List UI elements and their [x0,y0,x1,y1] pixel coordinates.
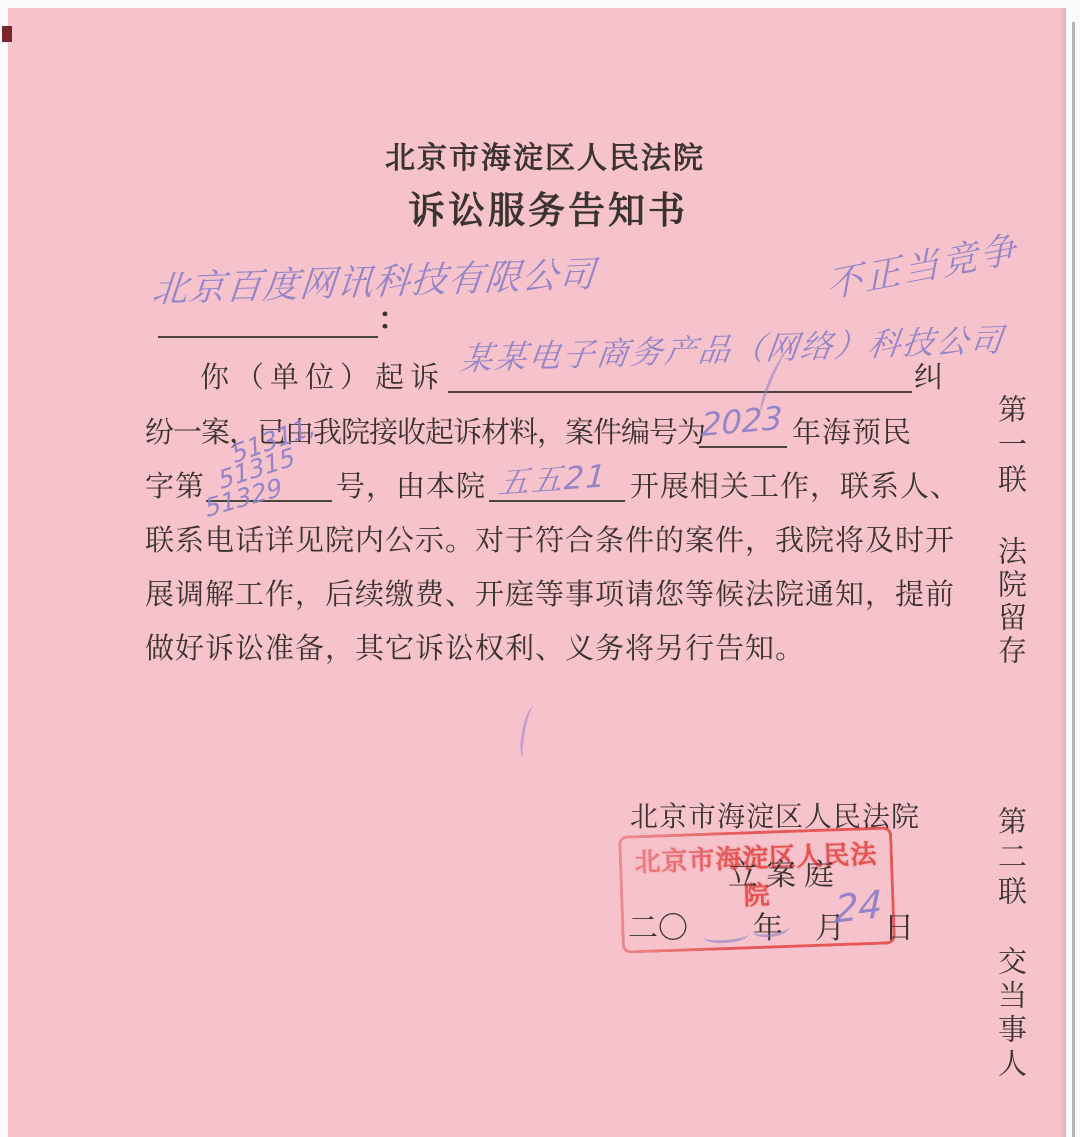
document-title: 诉讼服务告知书 [408,180,688,234]
addressee-colon: ： [378,294,408,338]
date-prefix: 二〇 [628,903,688,947]
paper-edge-shadow [1060,8,1066,1137]
case-year-underline [699,446,787,448]
handwritten-handler: 五五21 [497,450,609,503]
line1-blank-underline [448,391,912,393]
side-label-second-copy: 第二联 [990,806,1031,911]
body-line5: 展调解工作，后续缴费、开庭等事项请您等候法院通知，提前 [145,572,955,613]
signature-department: 立案庭 [728,850,842,894]
body-line6: 做好诉讼准备，其它诉讼权利、义务将另行告知。 [145,626,805,667]
handwritten-day: 24 [834,882,883,932]
body-line1-suffix: 纠 [914,355,944,396]
body-line3-suffix: 开展相关工作，联系人、 [630,464,960,505]
side-label-second-holder: 交当事人 [990,946,1031,1082]
scan-edge-line [1072,22,1075,1137]
scan-corner-artifact [2,26,12,42]
body-line1-prefix: 你（单位）起诉 [200,355,445,396]
court-name-title: 北京市海淀区人民法院 [385,133,705,177]
body-line4: 联系电话详见院内公示。对于符合条件的案件，我院将及时开 [145,518,955,559]
side-label-first-copy: 第一联 [990,394,1031,499]
body-line2-suffix: 年海预民 [792,410,912,451]
side-label-first-holder: 法院留存 [990,536,1031,668]
body-line3-mid: 号，由本院 [336,464,486,505]
body-line3-prefix: 字第 [145,464,205,505]
addressee-underline [158,336,378,338]
date-day-label: 日 [884,903,914,947]
handwritten-year: 2023 [701,399,783,444]
